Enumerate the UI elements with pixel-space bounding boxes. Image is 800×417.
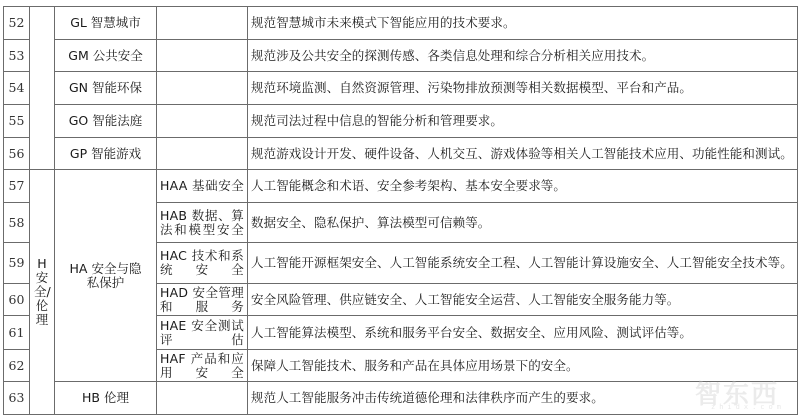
subclass-cell: GL 智慧城市 [55,7,157,40]
description-cell: 人工智能开源框架安全、人工智能系统安全工程、人工智能计算设施安全、人工智能安全技… [248,243,798,284]
subsubclass-cell: HAE 安全测试评估 [157,316,248,350]
table-row: 57 H安全/伦理 HA 安全与隐私保护 HAA 基础安全 人工智能概念和术语、… [4,170,798,203]
subclass-cell: GM 公共安全 [55,40,157,72]
subsubclass-cell [157,382,248,415]
row-number: 58 [4,203,30,243]
subsubclass-cell: HAB 数据、算法和模型安全 [157,203,248,243]
description-cell: 规范环境监测、自然资源管理、污染物排放预测等相关数据模型、平台和产品。 [248,72,798,105]
row-number: 63 [4,382,30,415]
description-cell: 规范游戏设计开发、硬件设备、人机交互、游戏体验等相关人工智能技术应用、功能性能和… [248,138,798,170]
subsubclass-cell: HAA 基础安全 [157,170,248,203]
row-number: 61 [4,316,30,350]
row-number: 53 [4,40,30,72]
subsubclass-cell [157,72,248,105]
standards-table: 52 GL 智慧城市 规范智慧城市未来模式下智能应用的技术要求。 53 GM 公… [3,6,798,415]
category-cell-h: H安全/伦理 [30,170,55,415]
table-row: 63 HB 伦理 规范人工智能服务冲击传统道德伦理和法律秩序而产生的要求。 [4,382,798,415]
description-cell: 规范涉及公共安全的探测传感、各类信息处理和综合分析相关应用技术。 [248,40,798,72]
description-cell: 安全风险管理、供应链安全、人工智能安全运营、人工智能安全服务能力等。 [248,284,798,316]
row-number: 57 [4,170,30,203]
table-row: 56 GP 智能游戏 规范游戏设计开发、硬件设备、人机交互、游戏体验等相关人工智… [4,138,798,170]
subsubclass-cell: HAD 安全管理和服务 [157,284,248,316]
subclass-cell: GO 智能法庭 [55,105,157,138]
row-number: 54 [4,72,30,105]
description-cell: 保障人工智能技术、服务和产品在具体应用场景下的安全。 [248,350,798,382]
subclass-cell-ha: HA 安全与隐私保护 [55,170,157,382]
category-cell-g-continued [30,7,55,170]
subclass-cell: GN 智能环保 [55,72,157,105]
description-cell: 规范司法过程中信息的智能分析和管理要求。 [248,105,798,138]
subsubclass-cell [157,105,248,138]
row-number: 52 [4,7,30,40]
subsubclass-cell: HAF 产品和应用安全 [157,350,248,382]
category-label: H安全/伦理 [34,257,50,327]
table-row: 53 GM 公共安全 规范涉及公共安全的探测传感、各类信息处理和综合分析相关应用… [4,40,798,72]
description-cell: 数据安全、隐私保护、算法模型可信赖等。 [248,203,798,243]
description-cell: 规范人工智能服务冲击传统道德伦理和法律秩序而产生的要求。 [248,382,798,415]
subsubclass-cell: HAC 技术和系统安全 [157,243,248,284]
table-row: 54 GN 智能环保 规范环境监测、自然资源管理、污染物排放预测等相关数据模型、… [4,72,798,105]
description-cell: 规范智慧城市未来模式下智能应用的技术要求。 [248,7,798,40]
row-number: 62 [4,350,30,382]
row-number: 55 [4,105,30,138]
description-cell: 人工智能算法模型、系统和服务平台安全、数据安全、应用风险、测试评估等。 [248,316,798,350]
subsubclass-cell [157,40,248,72]
row-number: 60 [4,284,30,316]
subsubclass-cell [157,7,248,40]
description-cell: 人工智能概念和术语、安全参考架构、基本安全要求等。 [248,170,798,203]
table-row: 52 GL 智慧城市 规范智慧城市未来模式下智能应用的技术要求。 [4,7,798,40]
row-number: 56 [4,138,30,170]
subsubclass-cell [157,138,248,170]
table-row: 55 GO 智能法庭 规范司法过程中信息的智能分析和管理要求。 [4,105,798,138]
subclass-cell: GP 智能游戏 [55,138,157,170]
subclass-cell: HB 伦理 [55,382,157,415]
row-number: 59 [4,243,30,284]
